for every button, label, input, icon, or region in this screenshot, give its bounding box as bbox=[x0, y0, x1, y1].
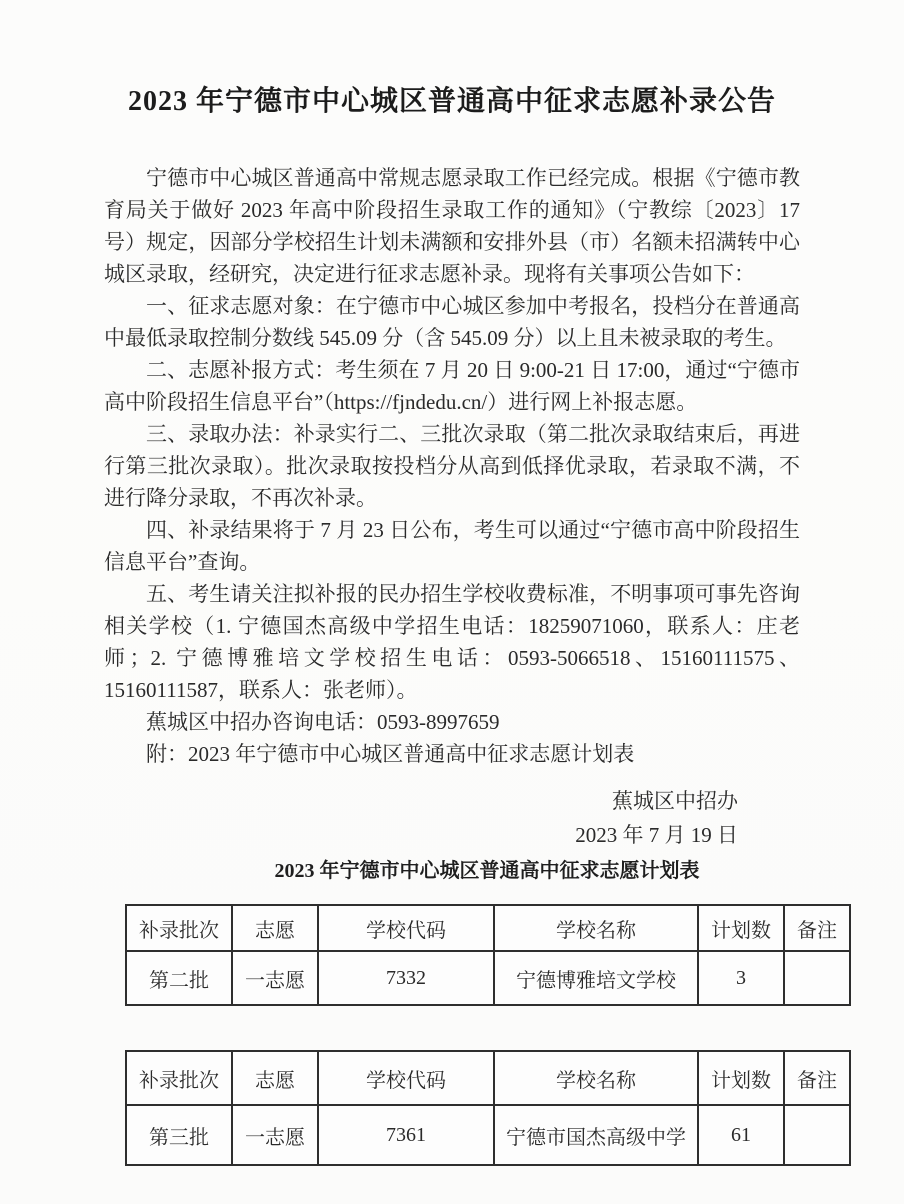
header-plan-count: 计划数 bbox=[698, 905, 784, 951]
header-school-name: 学校名称 bbox=[494, 905, 698, 951]
attachment-title: 2023 年宁德市中心城区普通高中征求志愿计划表 bbox=[125, 858, 849, 884]
plan-table-batch-3: 补录批次 志愿 学校代码 学校名称 计划数 备注 第三批 一志愿 7361 宁德… bbox=[125, 1050, 851, 1166]
document-body: 宁德市中心城区普通高中常规志愿录取工作已经完成。根据《宁德市教育局关于做好 20… bbox=[104, 162, 800, 770]
cell-school-code: 7332 bbox=[318, 951, 494, 1005]
paragraph-item-2: 二、志愿补报方式：考生须在 7 月 20 日 9:00-21 日 17:00，通… bbox=[104, 354, 800, 418]
header-plan-count: 计划数 bbox=[698, 1051, 784, 1105]
cell-plan-count: 3 bbox=[698, 951, 784, 1005]
paragraph-item-5: 五、考生请关注拟补报的民办招生学校收费标准，不明事项可事先咨询相关学校（1. 宁… bbox=[104, 578, 800, 706]
header-school-code: 学校代码 bbox=[318, 1051, 494, 1105]
paragraph-contact-phone: 蕉城区中招办咨询电话：0593-8997659 bbox=[104, 706, 800, 738]
header-remark: 备注 bbox=[784, 1051, 850, 1105]
table-row: 第二批 一志愿 7332 宁德博雅培文学校 3 bbox=[126, 951, 850, 1005]
header-batch: 补录批次 bbox=[126, 1051, 232, 1105]
table-header-row: 补录批次 志愿 学校代码 学校名称 计划数 备注 bbox=[126, 1051, 850, 1105]
signature-org: 蕉城区中招办 bbox=[104, 784, 738, 818]
header-batch: 补录批次 bbox=[126, 905, 232, 951]
table-header-row: 补录批次 志愿 学校代码 学校名称 计划数 备注 bbox=[126, 905, 850, 951]
header-remark: 备注 bbox=[784, 905, 850, 951]
plan-table-batch-2: 补录批次 志愿 学校代码 学校名称 计划数 备注 第二批 一志愿 7332 宁德… bbox=[125, 904, 851, 1006]
cell-plan-count: 61 bbox=[698, 1105, 784, 1165]
cell-school-name: 宁德市国杰高级中学 bbox=[494, 1105, 698, 1165]
signature-date: 2023 年 7 月 19 日 bbox=[104, 818, 738, 852]
paragraph-item-3: 三、录取办法：补录实行二、三批次录取（第二批次录取结束后，再进行第三批次录取）。… bbox=[104, 418, 800, 514]
table-row: 第三批 一志愿 7361 宁德市国杰高级中学 61 bbox=[126, 1105, 850, 1165]
document-title: 2023 年宁德市中心城区普通高中征求志愿补录公告 bbox=[104, 84, 800, 120]
header-choice: 志愿 bbox=[232, 1051, 318, 1105]
cell-school-code: 7361 bbox=[318, 1105, 494, 1165]
paragraph-attachment-note: 附：2023 年宁德市中心城区普通高中征求志愿计划表 bbox=[104, 738, 800, 770]
paragraph-item-1: 一、征求志愿对象：在宁德市中心城区参加中考报名，投档分在普通高中最低录取控制分数… bbox=[104, 290, 800, 354]
cell-choice: 一志愿 bbox=[232, 1105, 318, 1165]
cell-remark bbox=[784, 1105, 850, 1165]
paragraph-item-4: 四、补录结果将于 7 月 23 日公布，考生可以通过“宁德市高中阶段招生信息平台… bbox=[104, 514, 800, 578]
cell-batch: 第三批 bbox=[126, 1105, 232, 1165]
cell-remark bbox=[784, 951, 850, 1005]
cell-batch: 第二批 bbox=[126, 951, 232, 1005]
document-page: 2023 年宁德市中心城区普通高中征求志愿补录公告 宁德市中心城区普通高中常规志… bbox=[0, 0, 904, 1204]
header-school-name: 学校名称 bbox=[494, 1051, 698, 1105]
attachment-section: 2023 年宁德市中心城区普通高中征求志愿计划表 补录批次 志愿 学校代码 学校… bbox=[125, 858, 849, 1166]
cell-school-name: 宁德博雅培文学校 bbox=[494, 951, 698, 1005]
signature-block: 蕉城区中招办 2023 年 7 月 19 日 bbox=[104, 784, 800, 852]
header-school-code: 学校代码 bbox=[318, 905, 494, 951]
cell-choice: 一志愿 bbox=[232, 951, 318, 1005]
header-choice: 志愿 bbox=[232, 905, 318, 951]
paragraph-intro: 宁德市中心城区普通高中常规志愿录取工作已经完成。根据《宁德市教育局关于做好 20… bbox=[104, 162, 800, 290]
